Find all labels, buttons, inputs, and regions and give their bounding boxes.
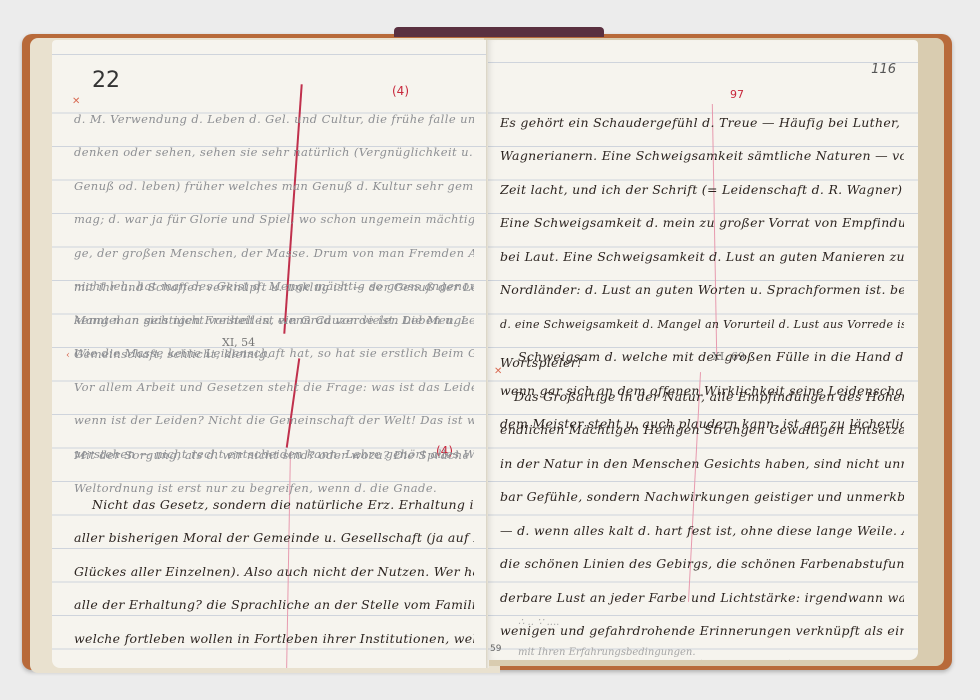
text-line: Gemeinschaft, schlicht, kleinig. <box>74 331 474 365</box>
text-line: d. eine Schweigsamkeit d. Mangel an Voru… <box>500 301 904 335</box>
text-line: Vor allem Arbeit und Gesetzen steht die … <box>74 364 474 398</box>
text-line: endlichen Mächtigen Heiligen Strengen Ge… <box>500 408 904 442</box>
text-line: ∴ .. ∵ .... <box>518 610 904 628</box>
text-line: aller bisherigen Moral der Gemeinde u. G… <box>74 516 474 550</box>
text-line: Genuß od. leben) früher welches man Genu… <box>74 163 474 197</box>
text-line: Zeit lacht, und ich der Schrift (= Leide… <box>500 167 904 201</box>
text-line: bar Gefühle, sondern Nachwirkungen geist… <box>500 475 904 509</box>
text-line: in der Natur in den Menschen Gesichts ha… <box>500 441 904 475</box>
text-line: Es gehört ein Schaudergefühl d. Treue — … <box>500 100 904 134</box>
notebook-spine <box>394 27 604 37</box>
ink-paragraph: Nicht das Gesetz, sondern die natürliche… <box>74 482 474 650</box>
left-page: 22 ✕ (4) XI, 54 (4) ‹ d. M. Verwendung d… <box>52 40 488 668</box>
right-page-number: 116 <box>871 62 896 77</box>
text-line: Eine Schweigsamkeit d. mein zu großer Vo… <box>500 201 904 235</box>
text-line: Nicht das Gesetz, sondern die natürliche… <box>74 482 474 516</box>
text-line: mit Ihren Erfahrungsbedingungen. <box>518 640 904 658</box>
text-line: derbare Lust an jeder Farbe und Lichtstä… <box>500 575 904 609</box>
text-line: welche fortleben wollen in Fortleben ihr… <box>74 616 474 650</box>
text-line: Das Großartige in der Natur, alle Empfin… <box>500 374 904 408</box>
ink-paragraph-1-tail: Wortspieler! <box>500 356 904 370</box>
text-line: d. M. Verwendung d. Leben d. Gel. und Cu… <box>74 96 474 130</box>
text-line: kennt man sich nicht vorstellen, wenn Ca… <box>74 298 474 332</box>
text-line: Nordländer: d. Lust an guten Worten u. S… <box>500 268 904 302</box>
text-line: Mit der Sorgung, als d. wir nicht sind? … <box>74 432 474 466</box>
text-line: denken oder sehen, sehen sie sehr natürl… <box>74 130 474 164</box>
text-line: bei Laut. Eine Schweigsamkeit d. Lust an… <box>500 234 904 268</box>
folio-number: 59 <box>490 644 501 654</box>
text-line: die schönen Linien des Gebirgs, die schö… <box>500 542 904 576</box>
text-line: alle der Erhaltung? die Sprachliche an d… <box>74 583 474 617</box>
text-line: Wortspieler! <box>500 356 904 370</box>
pencil-footer: mit Ihren Erfahrungsbedingungen. <box>518 640 904 658</box>
text-line: — d. wenn alles kalt d. hart fest ist, o… <box>500 508 904 542</box>
open-notebook: 22 ✕ (4) XI, 54 (4) ‹ d. M. Verwendung d… <box>22 30 952 672</box>
text-line: mit ihr und Schaffen verknüpft u. unklug… <box>74 264 474 298</box>
pencil-paragraph-1-continued: mit ihr und Schaffen verknüpft u. unklug… <box>74 264 474 365</box>
text-line: mag; d. war ja für Glorie und Spiel, wo … <box>74 197 474 231</box>
text-line: Wagnerianern. Eine Schweigsamkeit sämtli… <box>500 134 904 168</box>
text-line: Glückes aller Einzelnen). Also auch nich… <box>74 549 474 583</box>
red-caret-mark-icon: ‹ <box>66 350 70 361</box>
left-page-number: 22 <box>92 68 120 93</box>
right-page: 116 97 XI, 69 ✕ Es gehört ein Schauderge… <box>488 40 918 660</box>
text-line: ge, der großen Menschen, der Masse. Drum… <box>74 230 474 264</box>
